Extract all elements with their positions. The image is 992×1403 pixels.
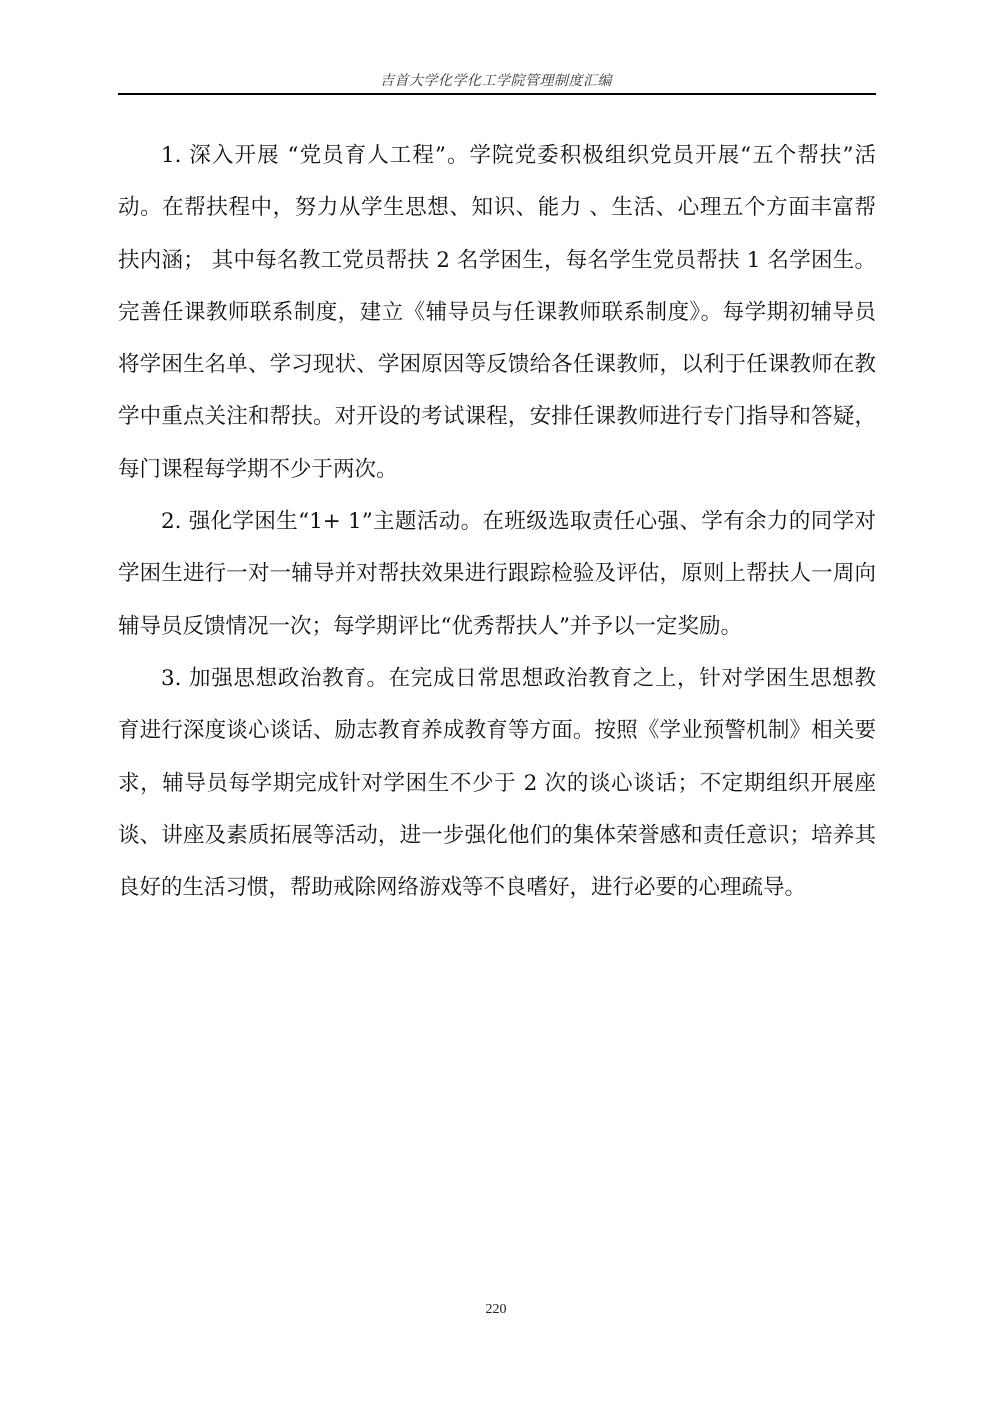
- paragraph-one-plus-one-activity: 2. 强化学困生“1+ 1”主题活动。在班级选取责任心强、学有余力的同学对学困生…: [118, 496, 876, 653]
- document-body: 1. 深入开展 “党员育人工程”。学院党委积极组织党员开展“五个帮扶”活动。在帮…: [118, 130, 876, 914]
- header-divider: [118, 93, 876, 95]
- paragraph-ideological-education: 3. 加强思想政治教育。在完成日常思想政治教育之上，针对学困生思想教育进行深度谈…: [118, 653, 876, 914]
- page-number: 220: [0, 1302, 992, 1318]
- paragraph-party-member-mentoring: 1. 深入开展 “党员育人工程”。学院党委积极组织党员开展“五个帮扶”活动。在帮…: [118, 130, 876, 496]
- running-header-title: 吉首大学化学化工学院管理制度汇编: [0, 70, 992, 90]
